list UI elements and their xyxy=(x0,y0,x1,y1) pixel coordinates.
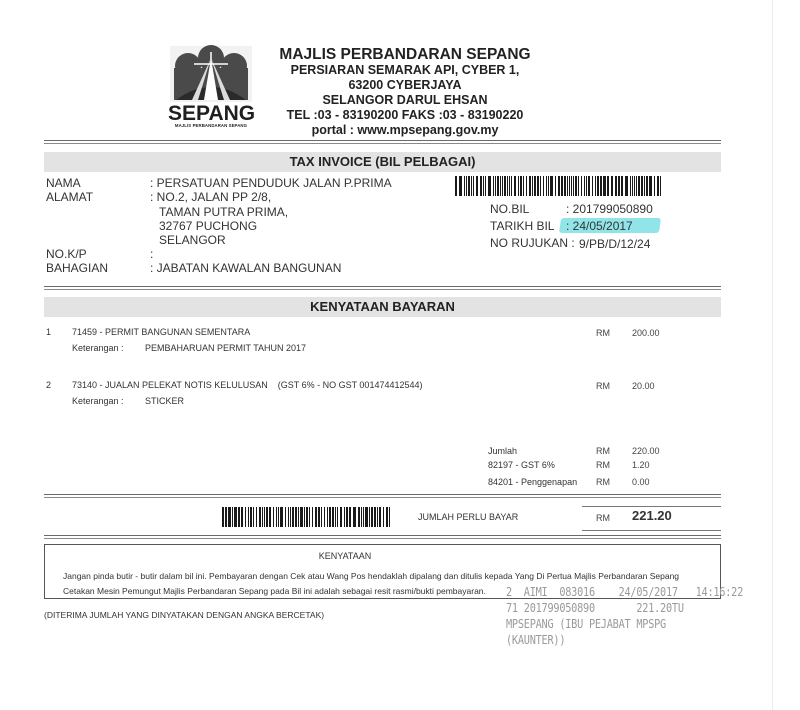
bill-barcode xyxy=(455,176,662,196)
divider xyxy=(44,535,721,539)
item-2-no: 2 xyxy=(46,380,51,391)
receipt-stamp-line-2: 71 201799050890 221.20TU xyxy=(506,601,684,615)
statement-title: KENYATAAN BAYARAN xyxy=(44,297,721,317)
alamat-line-4: SELANGOR xyxy=(159,234,226,248)
tarikh-value: : 24/05/2017 xyxy=(566,220,633,234)
payment-barcode xyxy=(222,507,391,527)
summary-rounding-label: 84201 - Penggenapan xyxy=(488,477,577,488)
tarikh-label: TARIKH BIL xyxy=(490,220,554,234)
org-portal: portal : www.mpsepang.gov.my xyxy=(270,123,540,138)
rujukan-label: NO RUJUKAN : xyxy=(490,237,575,251)
summary-rounding-currency: RM xyxy=(596,477,610,487)
nobil-label: NO.BIL xyxy=(490,203,529,217)
item-2-amount: 20.00 xyxy=(632,381,655,391)
divider xyxy=(44,494,721,498)
rujukan-value: 9/PB/D/12/24 xyxy=(579,238,650,252)
item-2-keterangan: STICKER xyxy=(145,396,184,407)
summary-jumlah-label: Jumlah xyxy=(488,446,517,457)
summary-rounding-amount: 0.00 xyxy=(632,477,650,487)
notice-title: KENYATAAN xyxy=(45,551,645,561)
org-name: MAJLIS PERBANDARAN SEPANG xyxy=(270,46,540,63)
item-1-keterangan: PEMBAHARUAN PERMIT TAHUN 2017 xyxy=(145,343,306,354)
item-1-description: 71459 - PERMIT BANGUNAN SEMENTARA xyxy=(72,327,250,338)
total-currency: RM xyxy=(596,513,610,523)
received-note: (DITERIMA JUMLAH YANG DINYATAKAN DENGAN … xyxy=(44,610,324,621)
summary-jumlah-amount: 220.00 xyxy=(632,446,660,456)
summary-gst-amount: 1.20 xyxy=(632,460,650,470)
org-address-3: SELANGOR DARUL EHSAN xyxy=(270,93,540,108)
invoice-title: TAX INVOICE (BIL PELBAGAI) xyxy=(44,152,721,172)
divider xyxy=(44,286,721,290)
logo-subtext: MAJLIS PERBANDARAN SEPANG xyxy=(168,123,254,128)
item-1-no: 1 xyxy=(46,327,51,338)
alamat-line-3: 32767 PUCHONG xyxy=(159,220,257,234)
alamat-line-2: TAMAN PUTRA PRIMA, xyxy=(159,206,288,220)
nobil-value: : 201799050890 xyxy=(566,203,653,217)
org-phone: TEL :03 - 83190200 FAKS :03 - 83190220 xyxy=(270,108,540,123)
nokp-label: NO.K/P xyxy=(46,248,87,262)
bahagian-label: BAHAGIAN xyxy=(46,262,108,276)
org-header: MAJLIS PERBANDARAN SEPANG PERSIARAN SEMA… xyxy=(270,46,540,138)
total-top-rule xyxy=(582,506,721,507)
receipt-stamp-line-4: (KAUNTER)) xyxy=(506,633,565,647)
summary-jumlah-currency: RM xyxy=(596,446,610,456)
total-amount: 221.20 xyxy=(632,508,672,523)
summary-gst-label: 82197 - GST 6% xyxy=(488,460,555,471)
scan-edge xyxy=(772,0,773,710)
total-label: JUMLAH PERLU BAYAR xyxy=(418,512,518,523)
alamat-line-1: : NO.2, JALAN PP 2/8, xyxy=(150,191,271,205)
item-1-currency: RM xyxy=(596,328,610,338)
org-address-2: 63200 CYBERJAYA xyxy=(270,78,540,93)
org-address-1: PERSIARAN SEMARAK API, CYBER 1, xyxy=(270,63,540,78)
nama-value: : PERSATUAN PENDUDUK JALAN P.PRIMA xyxy=(150,177,392,191)
receipt-stamp-line-3: MPSEPANG (IBU PEJABAT MPSPG xyxy=(506,617,666,631)
divider xyxy=(44,140,721,144)
logo-wordmark: SEPANG xyxy=(168,104,254,124)
total-bottom-rule xyxy=(582,530,721,531)
alamat-label: ALAMAT xyxy=(46,191,93,205)
bahagian-value: : JABATAN KAWALAN BANGUNAN xyxy=(150,262,341,276)
item-1-keterangan-label: Keterangan : xyxy=(72,343,124,354)
item-2-currency: RM xyxy=(596,381,610,391)
nokp-value: : xyxy=(150,248,153,262)
item-2-description: 73140 - JUALAN PELEKAT NOTIS KELULUSAN (… xyxy=(72,380,423,391)
summary-gst-currency: RM xyxy=(596,460,610,470)
nama-label: NAMA xyxy=(46,177,81,191)
item-1-amount: 200.00 xyxy=(632,328,660,338)
item-2-keterangan-label: Keterangan : xyxy=(72,396,124,407)
receipt-stamp-line-1: 2 AIMI 083016 24/05/2017 14:16:22 xyxy=(506,585,743,599)
notice-line-1: Jangan pinda butir - butir dalam bil ini… xyxy=(63,569,679,584)
